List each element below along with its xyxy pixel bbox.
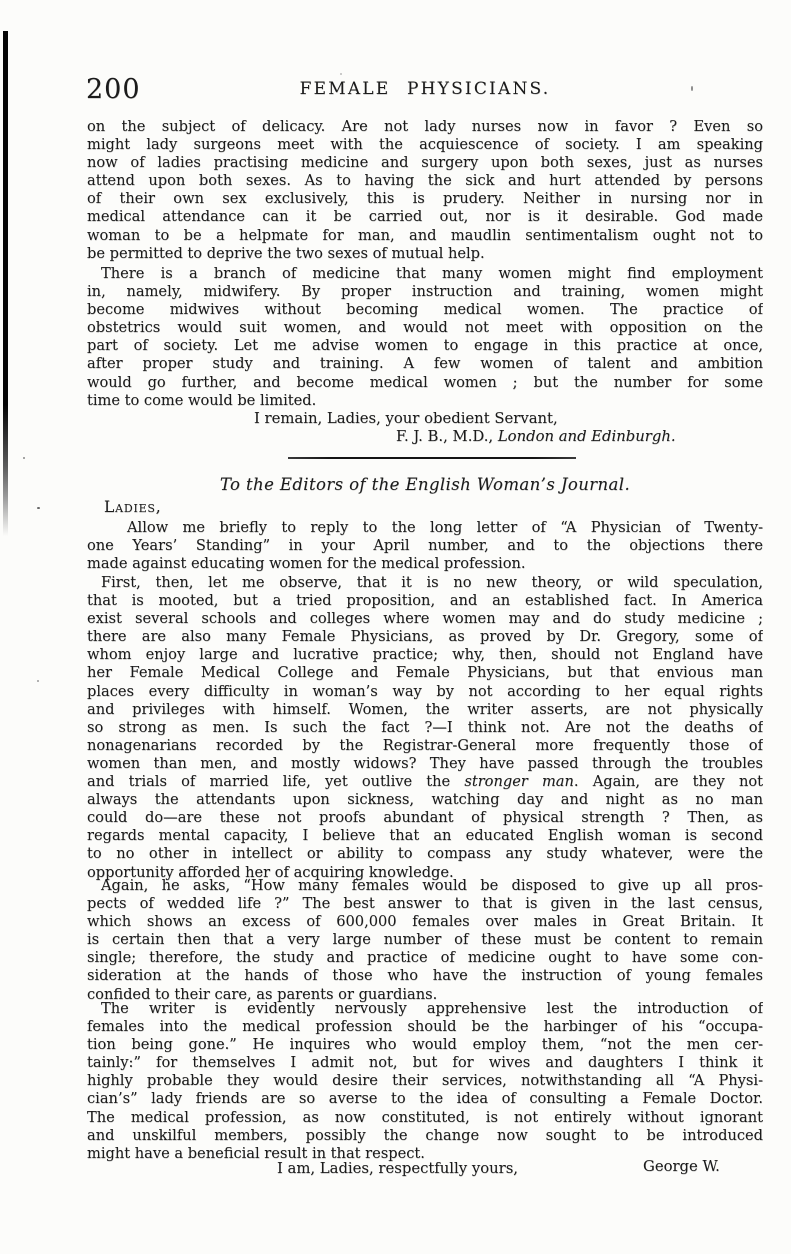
scan-speck xyxy=(37,680,39,682)
text-line: time to come would be limited. xyxy=(87,392,763,410)
text-line: that is mooted, but a tried proposition,… xyxy=(87,592,763,610)
scan-speck xyxy=(37,507,40,509)
text-line: medical attendance can it be carried out… xyxy=(87,208,763,226)
text-line: single; therefore, the study and practic… xyxy=(87,949,763,967)
text-line: and privileges with himself. Women, the … xyxy=(87,701,763,719)
text-line: become midwives without becoming medical… xyxy=(87,301,763,319)
text-line: women than men, and mostly widows? They … xyxy=(87,755,763,773)
letter1-paragraph-2: There is a branch of medicine that many … xyxy=(87,265,763,410)
text-line: nonagenarians recorded by the Registrar-… xyxy=(87,737,763,755)
text-line: there are also many Female Physicians, a… xyxy=(87,628,763,646)
text-line: The writer is evidently nervously appreh… xyxy=(87,1000,763,1018)
scanned-document-page: 200 FEMALE PHYSICIANS. on the subject of… xyxy=(0,0,791,1254)
text-line: of their own sex exclusively, this is pr… xyxy=(87,190,763,208)
text-line: The medical profession, as now constitut… xyxy=(87,1109,763,1127)
text-line: There is a branch of medicine that many … xyxy=(87,265,763,283)
text-line: attend upon both sexes. As to having the… xyxy=(87,172,763,190)
scan-gutter-artifact xyxy=(3,31,8,536)
text-line: be permitted to deprive the two sexes of… xyxy=(87,245,763,263)
text-line: so strong as men. Is such the fact ?—I t… xyxy=(87,719,763,737)
letter2-paragraph-4: The writer is evidently nervously appreh… xyxy=(87,1000,763,1163)
section-divider-rule xyxy=(288,457,576,459)
text-line: and trials of married life, yet outlive … xyxy=(87,773,763,791)
text-line: could do—are these not proofs abundant o… xyxy=(87,809,763,827)
text-line: always the attendants upon sickness, wat… xyxy=(87,791,763,809)
letter2-salutation: Ladies, xyxy=(104,498,162,516)
letter2-paragraph-3: Again, he asks, “How many females would … xyxy=(87,877,763,1004)
letter2-valediction: I am, Ladies, respectfully yours, xyxy=(277,1160,518,1178)
text-line: whom enjoy large and lucrative practice;… xyxy=(87,646,763,664)
text-line: places every difficulty in woman’s way b… xyxy=(87,683,763,701)
text-line: obstetrics would suit women, and would n… xyxy=(87,319,763,337)
running-title: FEMALE PHYSICIANS. xyxy=(87,79,763,99)
text-line: exist several schools and colleges where… xyxy=(87,610,763,628)
text-line: cian’s” lady friends are so averse to th… xyxy=(87,1090,763,1108)
text-line: made against educating women for the med… xyxy=(87,555,763,573)
letter2-signature: George W. xyxy=(643,1158,720,1176)
text-line: which shows an excess of 600,000 females… xyxy=(87,913,763,931)
letter1-signature: F. J. B., M.D., London and Edinburgh. xyxy=(396,428,676,446)
letter2-paragraph-2: First, then, let me observe, that it is … xyxy=(87,574,763,882)
text-line: Allow me briefly to reply to the long le… xyxy=(87,519,763,537)
text-line: tainly:” for themselves I admit not, but… xyxy=(87,1054,763,1072)
text-line: sideration at the hands of those who hav… xyxy=(87,967,763,985)
text-line: now of ladies practising medicine and su… xyxy=(87,154,763,172)
letter1-valediction: I remain, Ladies, your obedient Servant, xyxy=(254,410,558,428)
scan-speck xyxy=(340,73,342,75)
text-line: one Years’ Standing” in your April numbe… xyxy=(87,537,763,555)
text-line: and unskilful members, possibly the chan… xyxy=(87,1127,763,1145)
text-line: part of society. Let me advise women to … xyxy=(87,337,763,355)
text-line: females into the medical profession shou… xyxy=(87,1018,763,1036)
text-line: in, namely, midwifery. By proper instruc… xyxy=(87,283,763,301)
text-line: would go further, and become medical wom… xyxy=(87,374,763,392)
letter1-paragraph-1: on the subject of delicacy. Are not lady… xyxy=(87,118,763,263)
text-line: Again, he asks, “How many females would … xyxy=(87,877,763,895)
text-line: tion being gone.” He inquires who would … xyxy=(87,1036,763,1054)
text-line: regards mental capacity, I believe that … xyxy=(87,827,763,845)
text-line: to no other in intellect or ability to c… xyxy=(87,845,763,863)
letter2-heading: To the Editors of the English Woman’s Jo… xyxy=(87,475,763,494)
text-line: First, then, let me observe, that it is … xyxy=(87,574,763,592)
text-line: is certain then that a very large number… xyxy=(87,931,763,949)
text-line: on the subject of delicacy. Are not lady… xyxy=(87,118,763,136)
text-line: pects of wedded life ?” The best answer … xyxy=(87,895,763,913)
scan-speck xyxy=(23,457,25,459)
letter2-paragraph-1: Allow me briefly to reply to the long le… xyxy=(87,519,763,573)
text-line: might lady surgeons meet with the acquie… xyxy=(87,136,763,154)
text-line: after proper study and training. A few w… xyxy=(87,355,763,373)
text-line: her Female Medical College and Female Ph… xyxy=(87,664,763,682)
text-line: woman to be a helpmate for man, and maud… xyxy=(87,227,763,245)
text-line: highly probable they would desire their … xyxy=(87,1072,763,1090)
